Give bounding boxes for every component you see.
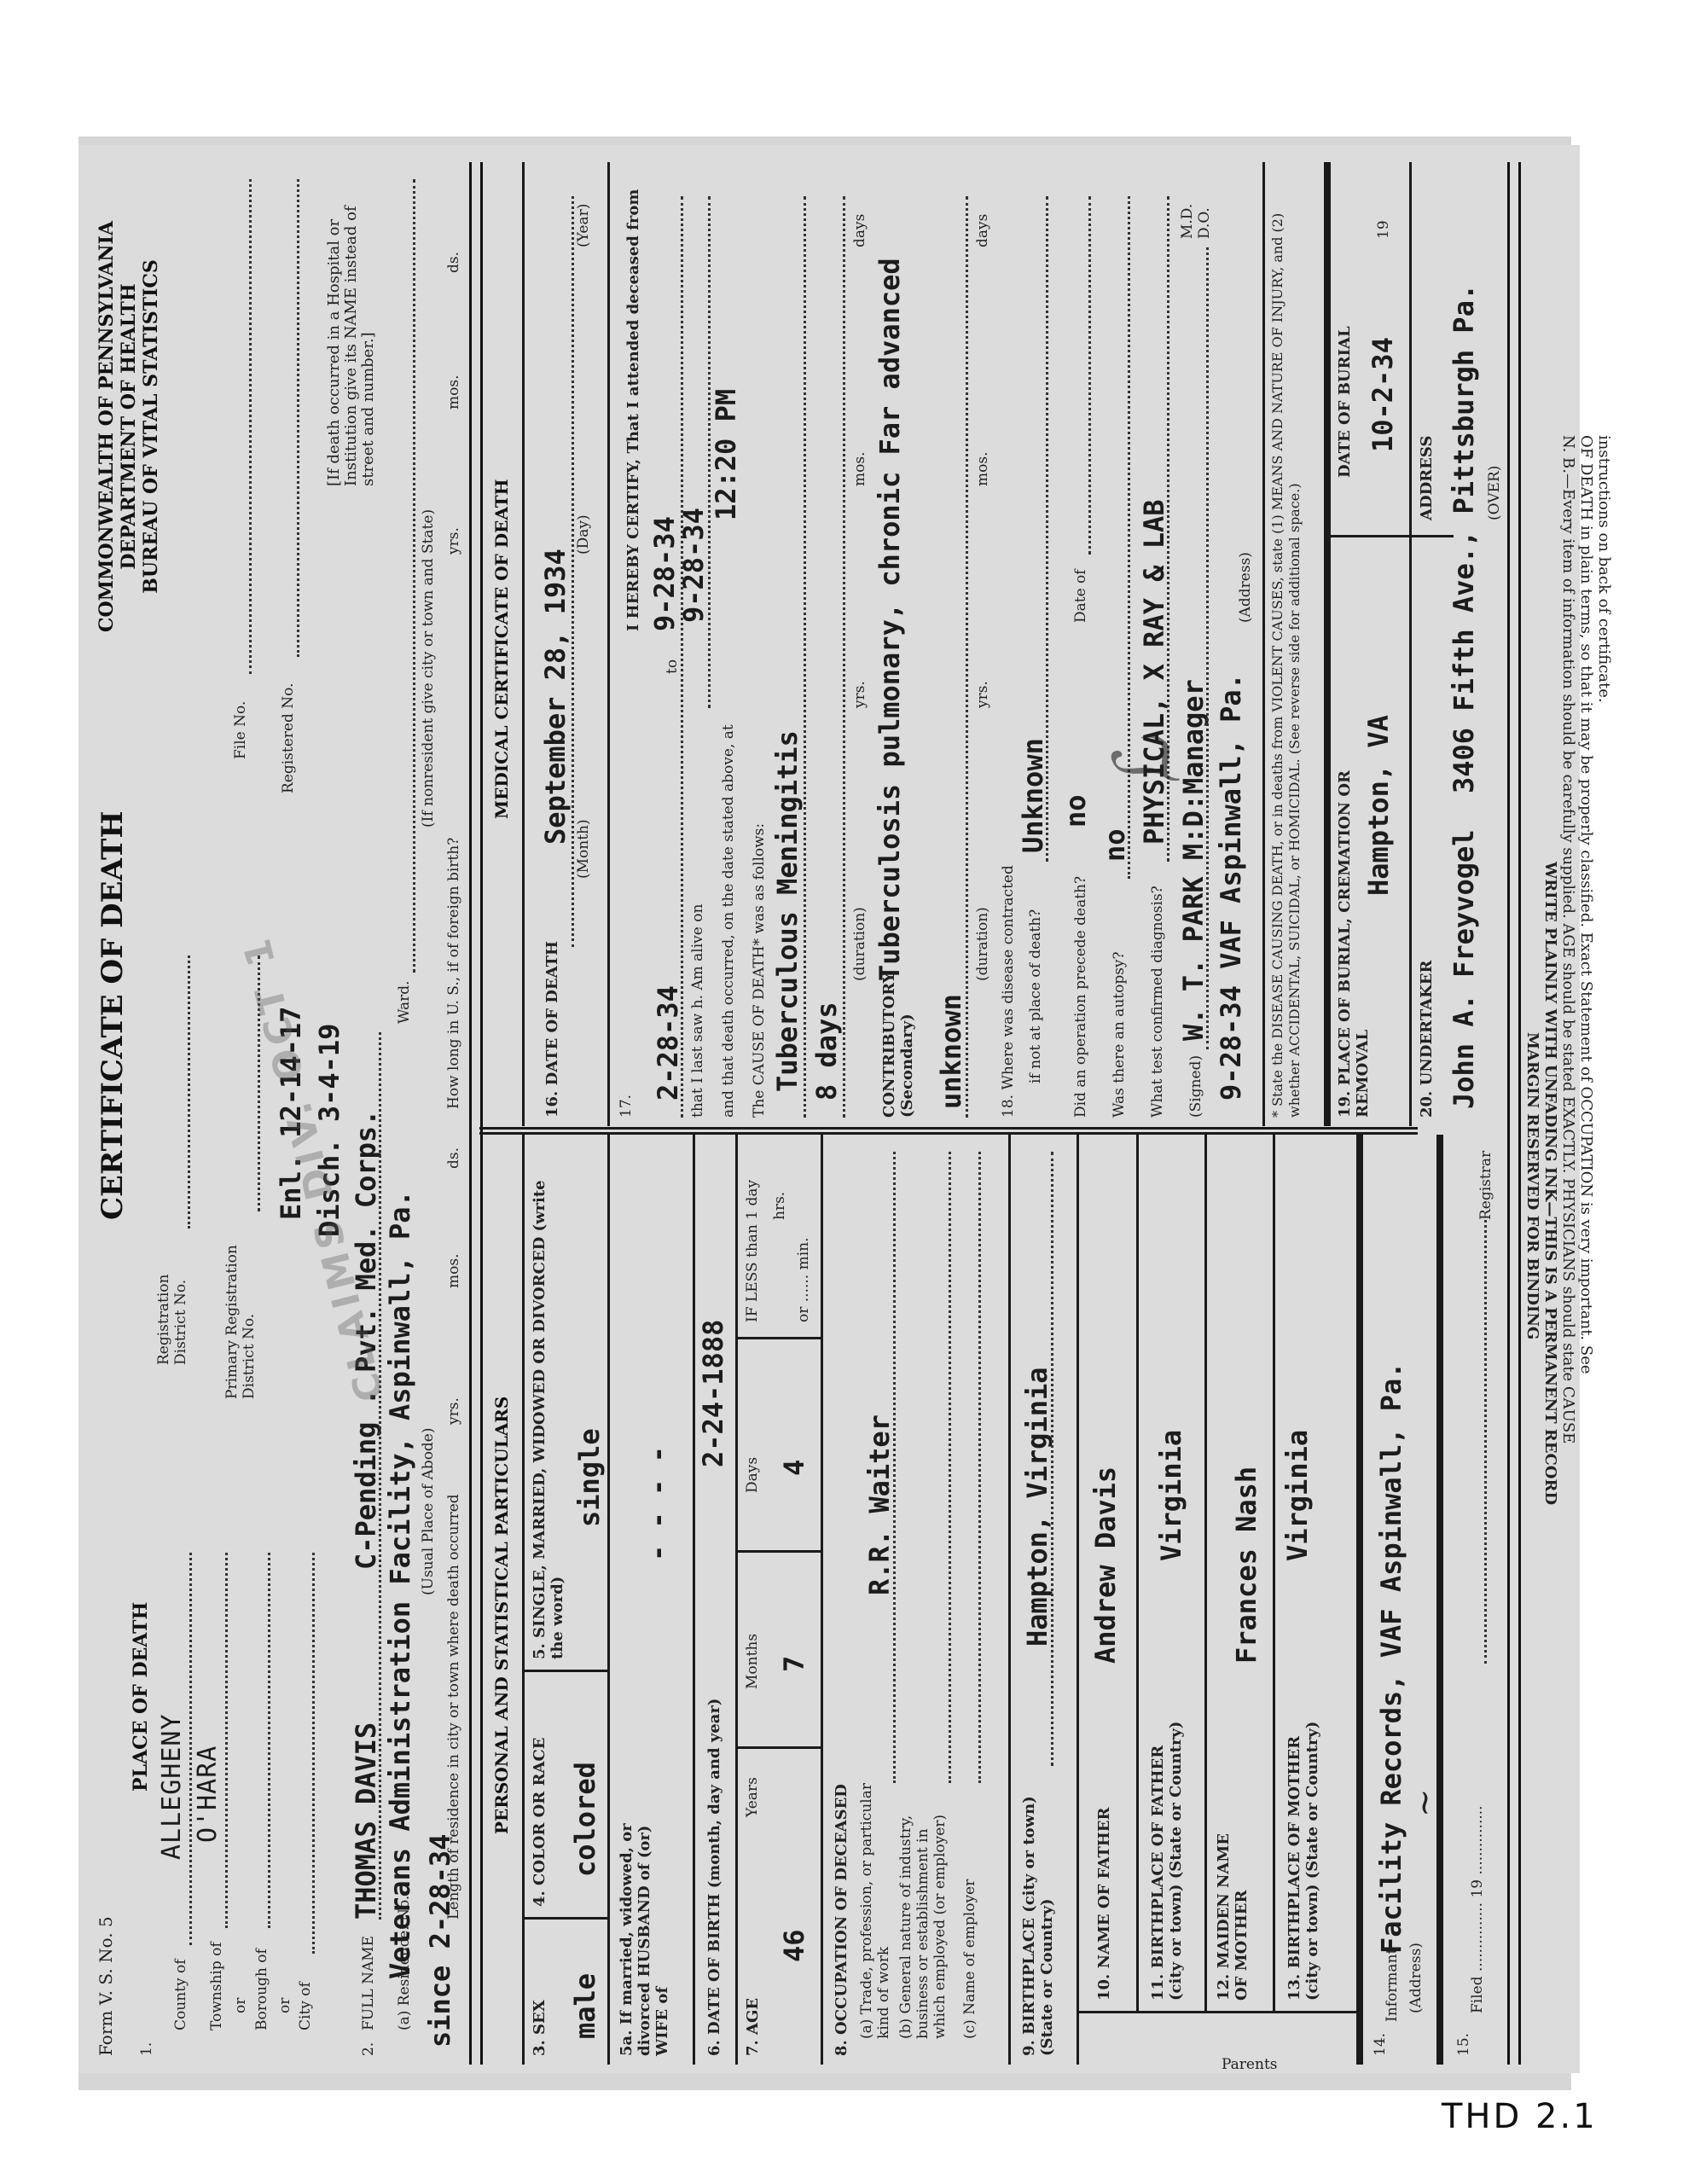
attended-to-value: 9-28-34 xyxy=(648,516,681,631)
unit-yrs: yrs. xyxy=(445,527,462,555)
divider xyxy=(469,162,483,2065)
unit-days: days xyxy=(851,214,868,247)
unit-yrs: yrs. xyxy=(445,1397,462,1425)
occupation-a-label: (a) Trade, profession, or particular kin… xyxy=(858,1783,892,2039)
last-saw-value: 9-28-34 xyxy=(677,508,710,623)
age-label: 7. AGE xyxy=(744,1998,762,2056)
race-value: colored xyxy=(569,1762,601,1877)
race-label: 4. COLOR OR RACE xyxy=(531,1737,548,1907)
hrs-label: hrs. xyxy=(771,1192,788,1220)
item-14: 14. xyxy=(1372,2033,1389,2056)
dob-label: 6. DATE OF BIRTH (month, day and year) xyxy=(705,1699,723,2056)
contributory-duration-value: unknown xyxy=(935,994,967,1109)
cause-value: Tuberculous Meningitis xyxy=(771,730,804,1092)
signed-label: (Signed) xyxy=(1187,1055,1204,1118)
item-17: 17. xyxy=(618,1095,635,1118)
full-name-value: THOMAS DAVIS xyxy=(350,1722,382,1920)
marital-label: 5. SINGLE, MARRIED, WIDOWED OR DIVORCED … xyxy=(531,1147,566,1659)
unit-ds: ds. xyxy=(445,1147,462,1169)
occupation-b-label: (b) General nature of industry, business… xyxy=(897,1783,949,2039)
signed-date-address: 9-28-34 VAF Aspinwall, Pa. xyxy=(1215,673,1247,1101)
birthplace-label: 9. BIRTHPLACE (city or town) (State or C… xyxy=(1020,1766,1056,2056)
age-months-value: 7 xyxy=(778,1656,810,1672)
authority-block: COMMONWEALTH OF PENNSYLVANIA DEPARTMENT … xyxy=(96,179,162,674)
contributory-value: Tuberculosis pulmonary, chronic Far adva… xyxy=(873,213,906,981)
age-months-label: Months xyxy=(744,1634,761,1689)
death-certificate-form: Form V. S. No. 5 PLACE OF DEATH CERTIFIC… xyxy=(78,145,1580,2073)
unit-mos: mos. xyxy=(974,452,991,486)
duration-label: (duration) xyxy=(851,907,868,981)
margin-border xyxy=(1507,162,1521,2065)
less-than-day-label: IF LESS than 1 day xyxy=(744,1180,761,1322)
informant-address-label: (Address) xyxy=(1407,1943,1425,2013)
city-label: City of xyxy=(297,1982,314,2030)
item-1: 1. xyxy=(138,2042,155,2056)
mother-value: Frances Nash xyxy=(1230,1467,1262,1664)
authority-line: BUREAU OF VITAL STATISTICS xyxy=(140,179,162,674)
margin-line: OF DEATH in plain terms, so that it may … xyxy=(1577,435,1595,2056)
margin-line: instructions on back of certificate. xyxy=(1595,435,1613,2056)
age-days-label: Days xyxy=(744,1457,761,1493)
ward-label: Ward. xyxy=(396,980,413,1024)
nonresident-label: (If nonresident give city or town and St… xyxy=(420,509,437,828)
or-label: or xyxy=(276,1998,293,2013)
column-divider xyxy=(479,1132,1418,1135)
dob-value: 2-24-1888 xyxy=(697,1320,729,1467)
form-number: Form V. S. No. 5 xyxy=(96,1916,116,2056)
abode-label: (Usual Place of Abode) xyxy=(420,1427,437,1595)
dod-year-label: (Year) xyxy=(575,204,592,247)
registrar-label: Registrar xyxy=(1477,1151,1494,1220)
handwritten-note: THD 2.1 xyxy=(1442,2097,1598,2136)
occupation-label: 8. OCCUPATION OF DECEASED xyxy=(833,1784,850,2056)
us-label: How long in U. S., if of foreign birth? xyxy=(445,838,462,1109)
certificate-title: CERTIFICATE OF DEATH xyxy=(96,811,130,1220)
age-years-label: Years xyxy=(744,1777,761,1817)
unit-mos: mos. xyxy=(851,452,868,486)
autopsy-label: Was there an autopsy? xyxy=(1111,951,1128,1118)
marital-value: single xyxy=(573,1428,606,1527)
unit-yrs: yrs. xyxy=(851,681,868,708)
spouse-value: - - - - xyxy=(641,1446,674,1561)
test-label: What test confirmed diagnosis? xyxy=(1149,886,1166,1118)
age-days-value: 4 xyxy=(778,1460,810,1476)
sex-label: 3. SEX xyxy=(531,2000,548,2056)
cause-duration-value: 8 days xyxy=(810,1002,843,1101)
last-saw-label: that I last saw h. Am alive on xyxy=(689,904,706,1118)
father-birthplace-value: Virginia xyxy=(1155,1430,1187,1561)
mother-label: 12. MAIDEN NAME OF MOTHER xyxy=(1215,1830,1251,2001)
informant-value: Facility Records, VAF Aspinwall, Pa. xyxy=(1375,1362,1407,1954)
primary-registration-label: Primary Registration District No. xyxy=(223,1211,258,1399)
township-label: Township of xyxy=(208,1942,225,2030)
length-of-residence-label: Length of residence in city or town wher… xyxy=(445,1494,462,1920)
unit-yrs: yrs. xyxy=(974,681,991,708)
death-at-label: and that death occurred, on the date sta… xyxy=(720,724,737,1118)
county-value: ALLEGHENY xyxy=(157,1713,187,1860)
item-18-label: 18. Where was disease contracted xyxy=(1000,865,1017,1118)
over-label: (OVER) xyxy=(1486,466,1503,520)
father-value: Andrew Davis xyxy=(1089,1467,1122,1664)
birthplace-value: Hampton, Virginia xyxy=(1021,1367,1053,1647)
cause-label: The CAUSE OF DEATH* was as follows: xyxy=(751,823,768,1118)
or-label: or xyxy=(232,1998,249,2013)
operation-date-label: Date of xyxy=(1072,569,1089,623)
unit-mos: mos. xyxy=(445,375,462,409)
min-label: or ...... min. xyxy=(795,1237,812,1322)
contributory-label: CONTRIBUTORY (Secondary) xyxy=(880,990,916,1118)
item-2: 2. xyxy=(360,2042,377,2056)
occupation-value: R.R. Waiter xyxy=(863,1414,896,1595)
township-value: O'HARA xyxy=(193,1745,223,1843)
hospital-note: [If death occurred in a Hospital or Inst… xyxy=(326,162,377,486)
father-label: 10. NAME OF FATHER xyxy=(1095,1808,1113,2001)
spouse-label: 5a. If married, widowed, or divorced HUS… xyxy=(618,1800,671,2056)
certify-text: I HEREBY CERTIFY, That I attended deceas… xyxy=(624,189,642,631)
dod-label: 16. DATE OF DEATH xyxy=(543,941,561,1118)
margin-line: N. B.—Every item of information should b… xyxy=(1559,435,1577,2056)
file-no-label: File No. xyxy=(232,701,249,759)
place-contracted-label: if not at place of death? xyxy=(1027,909,1044,1083)
autopsy-value: no xyxy=(1099,828,1131,862)
burial-date-value: 10-2-34 xyxy=(1367,337,1399,452)
filed-label: Filed ............... 19 ............... xyxy=(1469,1805,1486,2013)
margin-instructions: instructions on back of certificate. OF … xyxy=(1523,435,1613,2056)
cause-footnote: * State the DISEASE CAUSING DEATH, or in… xyxy=(1269,179,1303,1118)
mother-birthplace-value: Virginia xyxy=(1281,1430,1314,1561)
undertaker-address-value: 3406 Fifth Ave., Pittsburgh Pa. xyxy=(1448,284,1480,793)
parents-side-label: Parents xyxy=(1222,2056,1278,2073)
registered-no-label: Registered No. xyxy=(280,683,297,793)
operation-label: Did an operation precede death? xyxy=(1072,876,1089,1118)
medical-heading: MEDICAL CERTIFICATE OF DEATH xyxy=(491,479,512,819)
occupation-c-label: (c) Name of employer xyxy=(961,1879,978,2039)
full-name-label: FULL NAME xyxy=(360,1936,377,2030)
place-of-death-heading: PLACE OF DEATH xyxy=(130,1602,152,1792)
personal-heading: PERSONAL AND STATISTICAL PARTICULARS xyxy=(491,1397,512,1834)
burial-place-value: Hampton, VA xyxy=(1362,715,1395,896)
unit-mos: mos. xyxy=(445,1254,462,1288)
undertaker-label: 20. UNDERTAKER xyxy=(1418,961,1436,1118)
dod-month-label: (Month) xyxy=(575,819,592,879)
burial-date-label: DATE OF BURIAL xyxy=(1336,326,1354,478)
margin-heading: MARGIN RESERVED FOR BINDING xyxy=(1523,435,1541,2056)
undertaker-address-label: ADDRESS xyxy=(1418,436,1436,520)
registration-district-label: Registration District No. xyxy=(155,1228,189,1365)
unit-ds: ds. xyxy=(445,252,462,273)
age-years-value: 46 xyxy=(778,1929,810,1962)
dod-day-label: (Day) xyxy=(575,514,592,555)
place-contracted-value: Unknown xyxy=(1017,738,1049,853)
duration-label: (duration) xyxy=(974,907,991,981)
item-15: 15. xyxy=(1455,2033,1472,2056)
death-time-value: 12:20 PM xyxy=(710,389,742,520)
margin-line: WRITE PLAINLY WITH UNFADING INK—THIS IS … xyxy=(1541,435,1559,2056)
dod-value: September 28, 1934 xyxy=(539,549,572,845)
sex-value: male xyxy=(569,1973,601,2039)
residence-value: Veterans Administration Facility, Aspinw… xyxy=(384,1190,416,1979)
informant-label: Informant xyxy=(1384,1949,1401,2022)
operation-value: no xyxy=(1059,794,1092,828)
authority-line: DEPARTMENT OF HEALTH xyxy=(118,179,140,674)
signed-address-label: (Address) xyxy=(1237,552,1254,623)
borough-label: Borough of xyxy=(253,1949,270,2030)
attended-from-value: 2-28-34 xyxy=(652,985,684,1101)
signed-suffix: M.D. D.O. xyxy=(1179,188,1213,239)
mother-birthplace-label: 13. BIRTHPLACE OF MOTHER (city or town) … xyxy=(1285,1693,1321,2001)
authority-line: COMMONWEALTH OF PENNSYLVANIA xyxy=(96,179,118,674)
burial-year-prefix: 19 xyxy=(1375,220,1392,239)
father-birthplace-label: 11. BIRTHPLACE OF FATHER (city or town) … xyxy=(1149,1711,1185,2001)
undertaker-value: John A. Freyvogel xyxy=(1448,829,1480,1109)
county-label: County of xyxy=(172,1959,189,2030)
unit-days: days xyxy=(974,214,991,247)
